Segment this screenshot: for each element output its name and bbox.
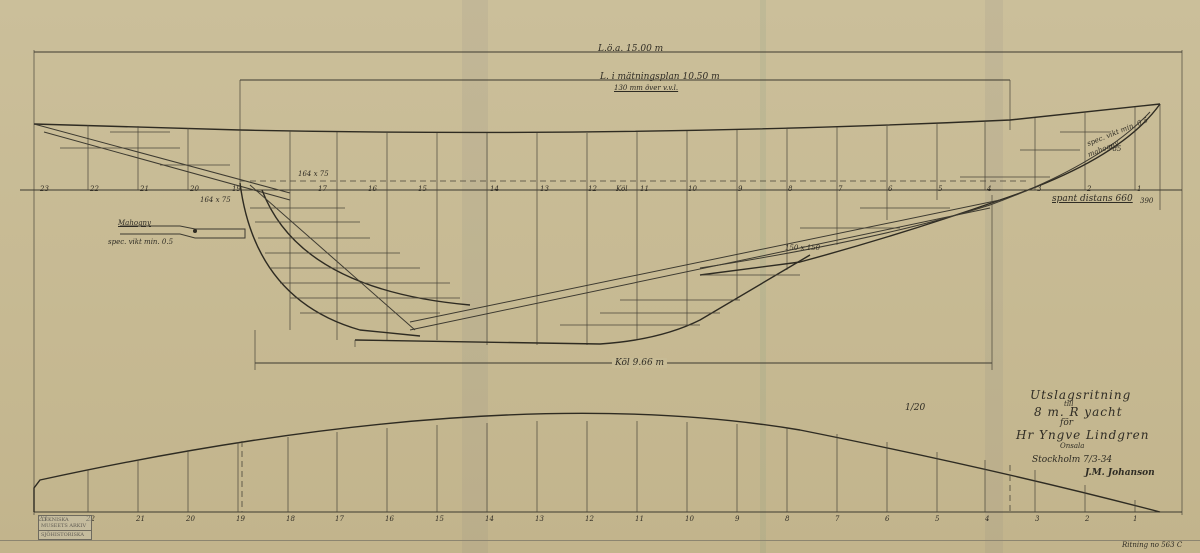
title-line-5: Hr Yngve Lindgren (1016, 428, 1150, 442)
stem-dim-label: 785 (1108, 145, 1121, 153)
construction-plan-drawing (0, 0, 1200, 553)
title-line-6: Onsala (1060, 442, 1084, 450)
bracket-dim-2: 164 x 75 (298, 170, 329, 178)
signature: J.M. Johanson (1085, 468, 1155, 478)
lower-stations (88, 421, 1135, 512)
keel-floor-line-1 (410, 200, 1000, 322)
archive-stamp: TEKNISKA MUSEETS ARKIV SJÖHISTORISKA (38, 515, 92, 541)
drawing-sheet: L.ö.a. 15.00 m L. i mätningsplan 10.50 m… (0, 0, 1200, 553)
mahogny-batten (120, 226, 245, 238)
counter-stern-upper (34, 124, 290, 193)
aft-deadwood-curve (262, 190, 470, 305)
mahogny-note: Mahogny (118, 219, 151, 227)
half-breadth-curve (34, 413, 1160, 512)
keel-length-label: Köl 9.66 m (612, 358, 667, 368)
sternpost-diagonal (250, 185, 415, 330)
drawing-number: Ritning no 563 C (1122, 541, 1182, 549)
place-date: Stockholm 7/3-34 (1032, 455, 1112, 465)
frame-spacing-label: spant distans 660 (1052, 194, 1133, 204)
keel-station-label: Köl (616, 185, 628, 193)
end-offset-label: 390 (1140, 197, 1153, 205)
title-line-3: 8 m. R yacht (1034, 405, 1123, 419)
title-line-1: Utslagsritning (1030, 388, 1131, 402)
bracket-dim-1: 164 x 75 (200, 196, 231, 204)
bracket-dim-3: 150 x 150 (785, 244, 820, 252)
measurement-plane-note: 130 mm över v.v.l. (614, 84, 678, 92)
keel-floor-line-2 (410, 208, 990, 330)
measurement-plane-label: L. i mätningsplan 10.50 m (600, 72, 720, 82)
loa-label: L.ö.a. 15.00 m (598, 44, 663, 54)
scale-label: 1/20 (905, 403, 925, 413)
sheet-bottom-rule (0, 540, 1200, 541)
sheer-line (34, 104, 1160, 132)
mahogny-spec: spec. vikt min. 0.5 (108, 238, 173, 246)
title-line-4: för (1060, 418, 1073, 428)
